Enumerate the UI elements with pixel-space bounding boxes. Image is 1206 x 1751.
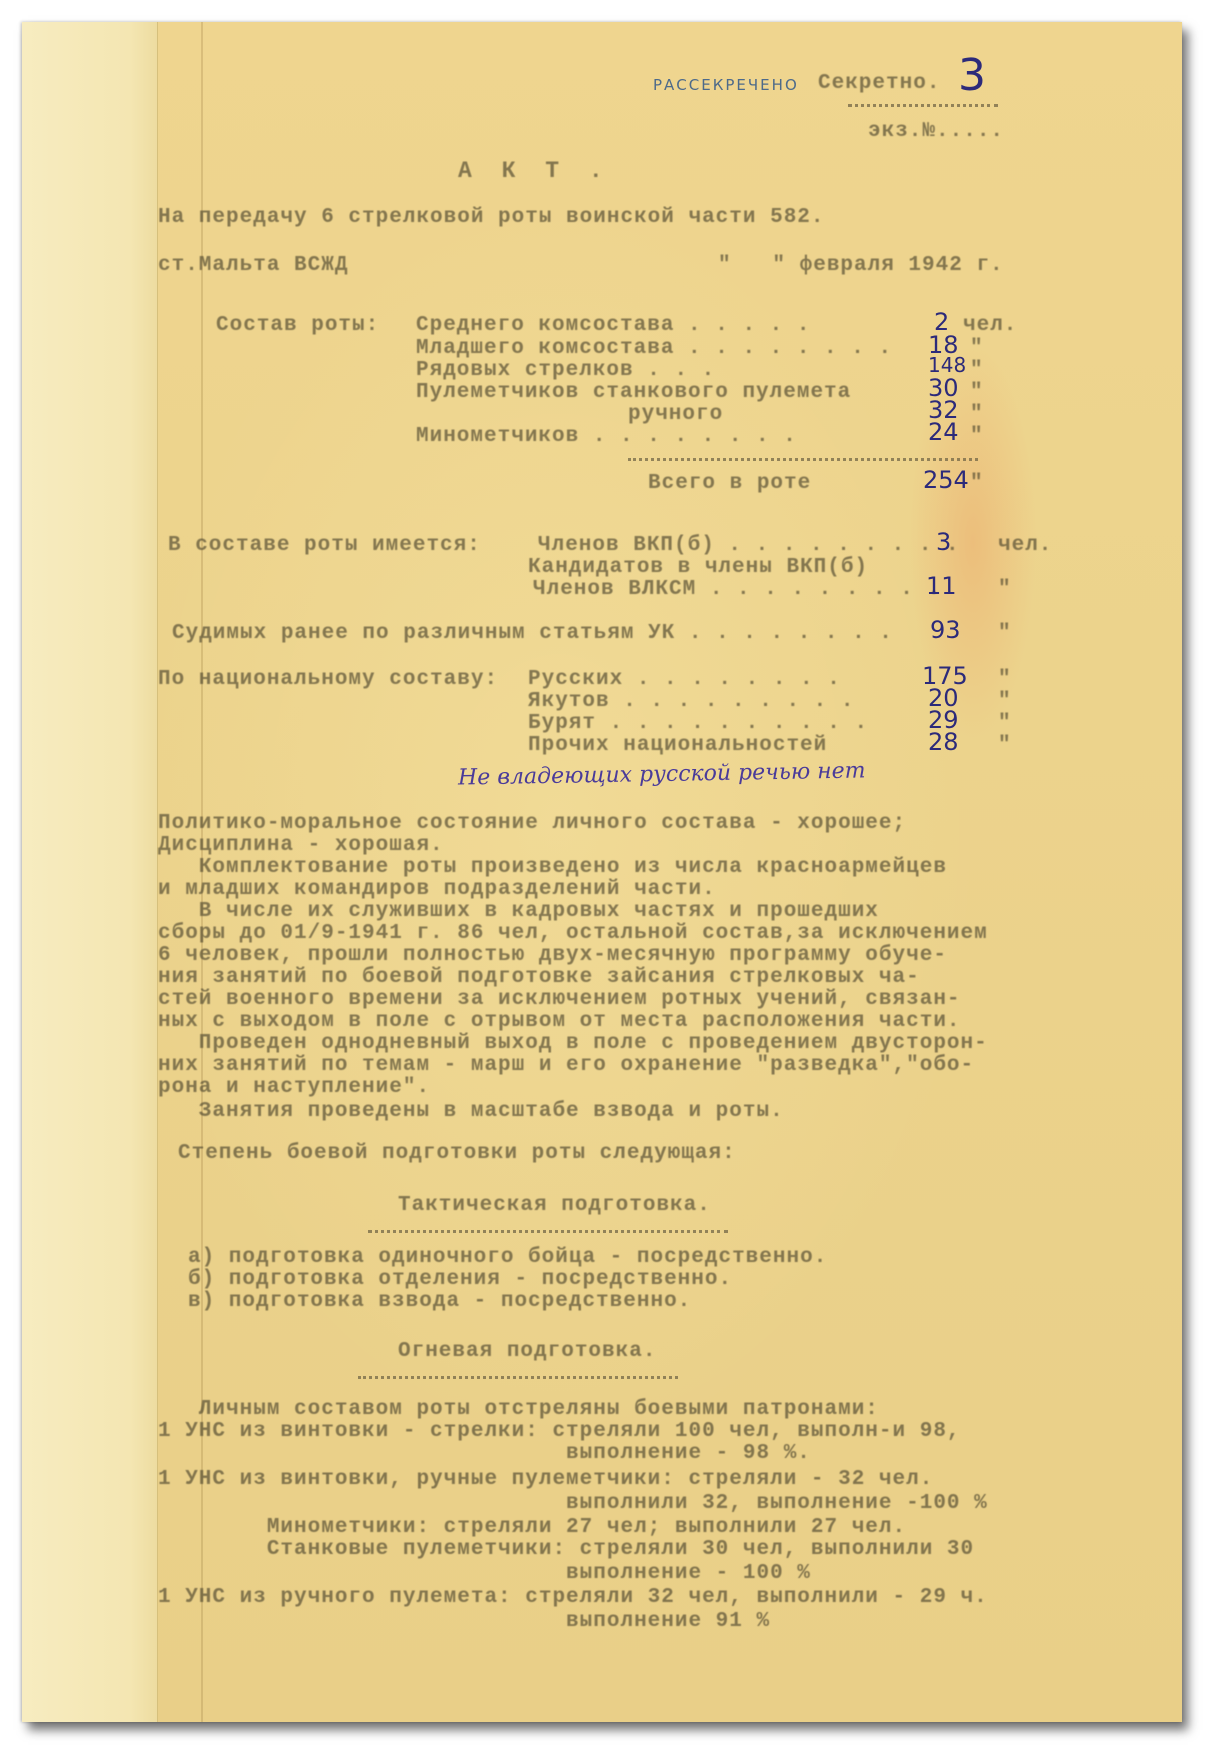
- nationality-row-suffix: ": [998, 668, 1012, 691]
- nationality-row-label: Бурят . . . . . . . . . .: [528, 712, 868, 735]
- body-line: стей военного времени за исключением рот…: [158, 988, 961, 1011]
- body-line: В числе их служивших в кадровых частях и…: [158, 900, 879, 923]
- body-line: Проведен однодневный выход в поле с пров…: [158, 1032, 988, 1055]
- paper-binding-strip: [22, 22, 158, 1722]
- classification-underline: [848, 104, 998, 107]
- nationality-row-label: Прочих национальностей: [528, 734, 827, 757]
- composition-row-label: ручного: [628, 403, 723, 426]
- declassified-stamp: РАССЕКРЕЧЕНО: [653, 76, 799, 94]
- nationality-row-suffix: ": [998, 712, 1012, 735]
- fire-line: выполнение 91 %: [158, 1610, 770, 1633]
- composition-row-suffix: ": [970, 381, 984, 404]
- document-title: А К Т .: [458, 158, 611, 184]
- fire-line: выполнили 32, выполнение -100 %: [158, 1492, 988, 1515]
- body-line: и младших командиров подразделений части…: [158, 878, 716, 901]
- nationality-row-suffix: ": [998, 690, 1012, 713]
- fire-line: Личным составом роты отстреляны боевыми …: [158, 1398, 879, 1421]
- composition-row-suffix: ": [970, 425, 984, 448]
- date: " " февраля 1942 г.: [718, 254, 1004, 277]
- composition-row-suffix: ": [970, 359, 984, 382]
- convicted-label: Судимых ранее по различным статьям УК . …: [172, 622, 893, 645]
- body-line: Занятия проведены в масштабе взвода и ро…: [158, 1100, 784, 1123]
- composition-row-label: Рядовых стрелков . . .: [416, 359, 715, 382]
- composition-label: Состав роты:: [216, 314, 379, 337]
- classification-label: Секретно.: [818, 72, 940, 95]
- page-number-handwritten: 3: [958, 50, 986, 101]
- document-scan: РАССЕКРЕЧЕНО Секретно. 3 экз.№..... А К …: [22, 22, 1182, 1722]
- composition-row-value: 24: [928, 418, 959, 446]
- fire-heading: Огневая подготовка.: [398, 1340, 656, 1363]
- party-row-suffix: чел.: [998, 534, 1052, 557]
- copy-number: экз.№.....: [868, 120, 1004, 143]
- party-row-value: 11: [926, 572, 957, 600]
- fire-line: Станковые пулеметчики: стреляли 30 чел, …: [158, 1538, 974, 1561]
- composition-total-value: 254: [923, 466, 969, 494]
- total-separator: [628, 458, 978, 461]
- tactical-item: в) подготовка взвода - посредственно.: [188, 1290, 691, 1313]
- party-row-suffix: ": [998, 578, 1012, 601]
- fire-line: 1 УНС из винтовки, ручные пулеметчики: с…: [158, 1468, 933, 1491]
- tactical-item: б) подготовка отделения - посредственно.: [188, 1268, 732, 1291]
- tactical-item: а) подготовка одиночного бойца - посредс…: [188, 1246, 827, 1269]
- fire-line: 1 УНС из ручного пулемета: стреляли 32 ч…: [158, 1586, 988, 1609]
- body-line: сборы до 01/9-1941 г. 86 чел, остальной …: [158, 922, 988, 945]
- body-line: рона и наступление".: [158, 1076, 430, 1099]
- party-row-label: Членов ВЛКСМ . . . . . . . . .: [533, 578, 941, 601]
- composition-total-label: Всего в роте: [648, 472, 811, 495]
- body-line: Комплектование роты произведено из числа…: [158, 856, 947, 879]
- tactical-heading: Тактическая подготовка.: [398, 1194, 711, 1217]
- nationality-row-value: 28: [928, 728, 959, 756]
- convicted-suffix: ": [998, 622, 1012, 645]
- party-row-label: Кандидатов в члены ВКП(б): [528, 556, 868, 579]
- convicted-value: 93: [930, 616, 961, 644]
- party-row-label: Членов ВКП(б) . . . . . . . . .: [538, 534, 960, 557]
- composition-row-suffix: чел.: [963, 314, 1017, 337]
- location: ст.Мальта ВСЖД: [158, 254, 348, 277]
- nationality-label: По национальному составу:: [158, 668, 498, 691]
- body-line: Дисциплина - хорошая.: [158, 834, 444, 857]
- composition-row-suffix: ": [970, 337, 984, 360]
- body-line: 6 человек, прошли полностью двух-месячну…: [158, 944, 947, 967]
- fire-line: Минометчики: стреляли 27 чел; выполнили …: [158, 1516, 906, 1539]
- body-line: ния занятий по боевой подготовке зайсани…: [158, 966, 920, 989]
- nationality-row-suffix: ": [998, 734, 1012, 757]
- composition-total-suffix: ": [970, 472, 984, 495]
- party-row-value: 3: [936, 528, 951, 556]
- training-intro: Степень боевой подготовки роты следующая…: [178, 1142, 736, 1165]
- body-line: ных с выходом в поле с отрывом от места …: [158, 1010, 961, 1033]
- composition-row-label: Минометчиков . . . . . . . .: [416, 425, 797, 448]
- party-label: В составе роты имеется:: [168, 534, 481, 557]
- nationality-row-label: Якутов . . . . . . . . .: [528, 690, 854, 713]
- document-page: РАССЕКРЕЧЕНО Секретно. 3 экз.№..... А К …: [158, 22, 1182, 1722]
- fire-line: 1 УНС из винтовки - стрелки: стреляли 10…: [158, 1420, 961, 1443]
- tactical-heading-underline: [368, 1230, 728, 1233]
- body-line: Политико-моральное состояние личного сос…: [158, 812, 906, 835]
- body-line: них занятий по темам - марш и его охране…: [158, 1054, 974, 1077]
- nationality-row-label: Русских . . . . . . . .: [528, 668, 841, 691]
- document-subtitle: На передачу 6 стрелковой роты воинской ч…: [158, 206, 825, 229]
- fire-line: выполнение - 100 %: [158, 1562, 811, 1585]
- fire-heading-underline: [358, 1376, 678, 1379]
- handwritten-note: Не владеющих русской речью нет: [458, 758, 866, 790]
- composition-row-label: Пулеметчиков станкового пулемета: [416, 381, 851, 404]
- composition-row-label: Младшего комсостава . . . . . . . .: [416, 337, 892, 360]
- composition-row-label: Среднего комсостава . . . . .: [416, 314, 810, 337]
- composition-row-suffix: ": [970, 403, 984, 426]
- fire-line: выполнение - 98 %.: [158, 1442, 811, 1465]
